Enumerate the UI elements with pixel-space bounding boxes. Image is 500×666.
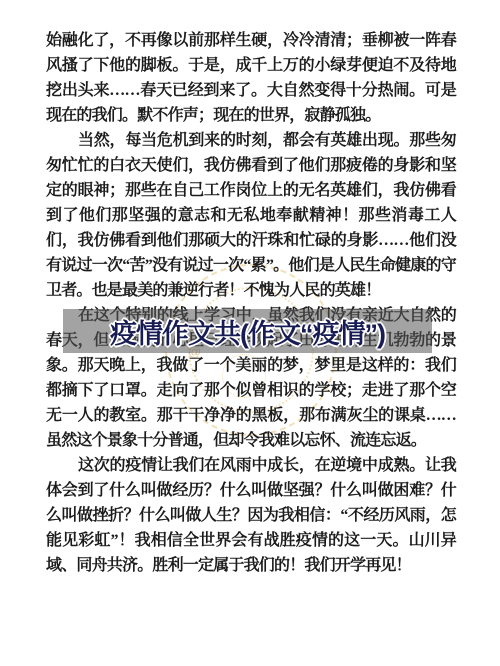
essay-paragraph-2: 当然，每当危机到来的时刻，都会有英雄出现。那些匆匆忙忙的白衣天使们，我仿佛看到了… — [46, 128, 456, 303]
essay-paragraph-1: 始融化了，不再像以前那样生硬，冷冷清清；垂柳被一阵春风搔了下他的脚板。于是，成千… — [46, 28, 456, 128]
title-banner-text: 疫情作文共(作文“疫情”) — [110, 312, 385, 351]
document-page: @ 始融化了，不再像以前那样生硬，冷冷清清；垂柳被一阵春风搔了下他的脚板。于是，… — [0, 0, 500, 666]
essay-paragraph-4: 这次的疫情让我们在风雨中成长，在逆境中成熟。让我体会到了什么叫做经历？什么叫做坚… — [46, 453, 456, 578]
title-banner-overlay: 疫情作文共(作文“疫情”) — [63, 309, 432, 353]
essay-text: 始融化了，不再像以前那样生硬，冷冷清清；垂柳被一阵春风搔了下他的脚板。于是，成千… — [46, 28, 456, 578]
